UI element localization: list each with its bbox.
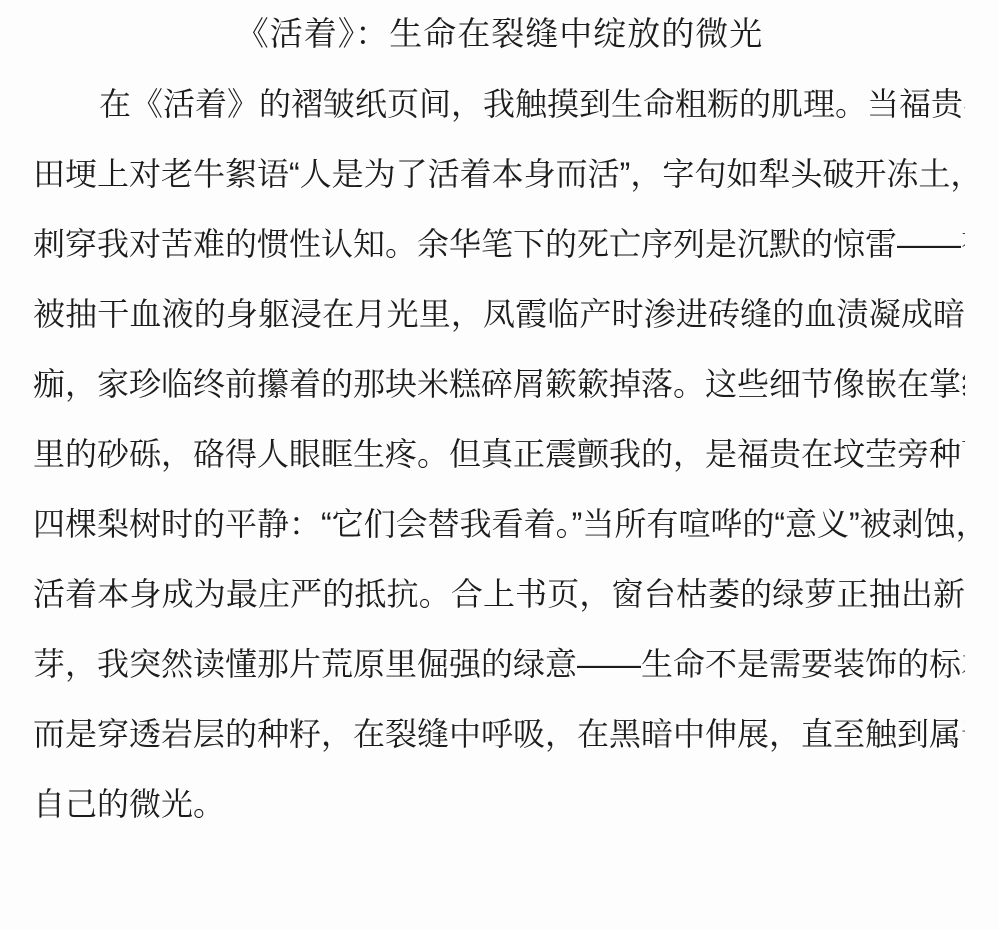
text-line: 痂，家珍临终前攥着的那块米糕碎屑簌簌掉落。这些细节像嵌在掌纹 bbox=[33, 349, 965, 419]
text-line: 自己的微光。 bbox=[33, 769, 965, 839]
text-line: 芽，我突然读懂那片荒原里倔强的绿意——生命不是需要装饰的标本， bbox=[33, 629, 965, 699]
text-line: 里的砂砾，硌得人眼眶生疼。但真正震颤我的，是福贵在坟茔旁种下 bbox=[33, 419, 965, 489]
essay-body: 在《活着》的褶皱纸页间，我触摸到生命粗粝的肌理。当福贵在 田埂上对老牛絮语“人是… bbox=[33, 69, 965, 839]
text-line: 被抽干血液的身躯浸在月光里，凤霞临产时渗进砖缝的血渍凝成暗 bbox=[33, 279, 965, 349]
text-line: 刺穿我对苦难的惯性认知。余华笔下的死亡序列是沉默的惊雷——有庆 bbox=[33, 209, 965, 279]
document-page: 《活着》：生命在裂缝中绽放的微光 在《活着》的褶皱纸页间，我触摸到生命粗粝的肌理… bbox=[0, 0, 999, 930]
text-line: 活着本身成为最庄严的抵抗。合上书页，窗台枯萎的绿萝正抽出新 bbox=[33, 559, 965, 629]
text-line: 在《活着》的褶皱纸页间，我触摸到生命粗粝的肌理。当福贵在 bbox=[33, 69, 965, 139]
text-line: 四棵梨树时的平静：“它们会替我看着。”当所有喧哗的“意义”被剥蚀， bbox=[33, 489, 965, 559]
text-line: 田埂上对老牛絮语“人是为了活着本身而活”，字句如犁头破开冻土， bbox=[33, 139, 965, 209]
essay-title: 《活着》：生命在裂缝中绽放的微光 bbox=[40, 12, 959, 56]
text-line: 而是穿透岩层的种籽，在裂缝中呼吸，在黑暗中伸展，直至触到属于 bbox=[33, 699, 965, 769]
